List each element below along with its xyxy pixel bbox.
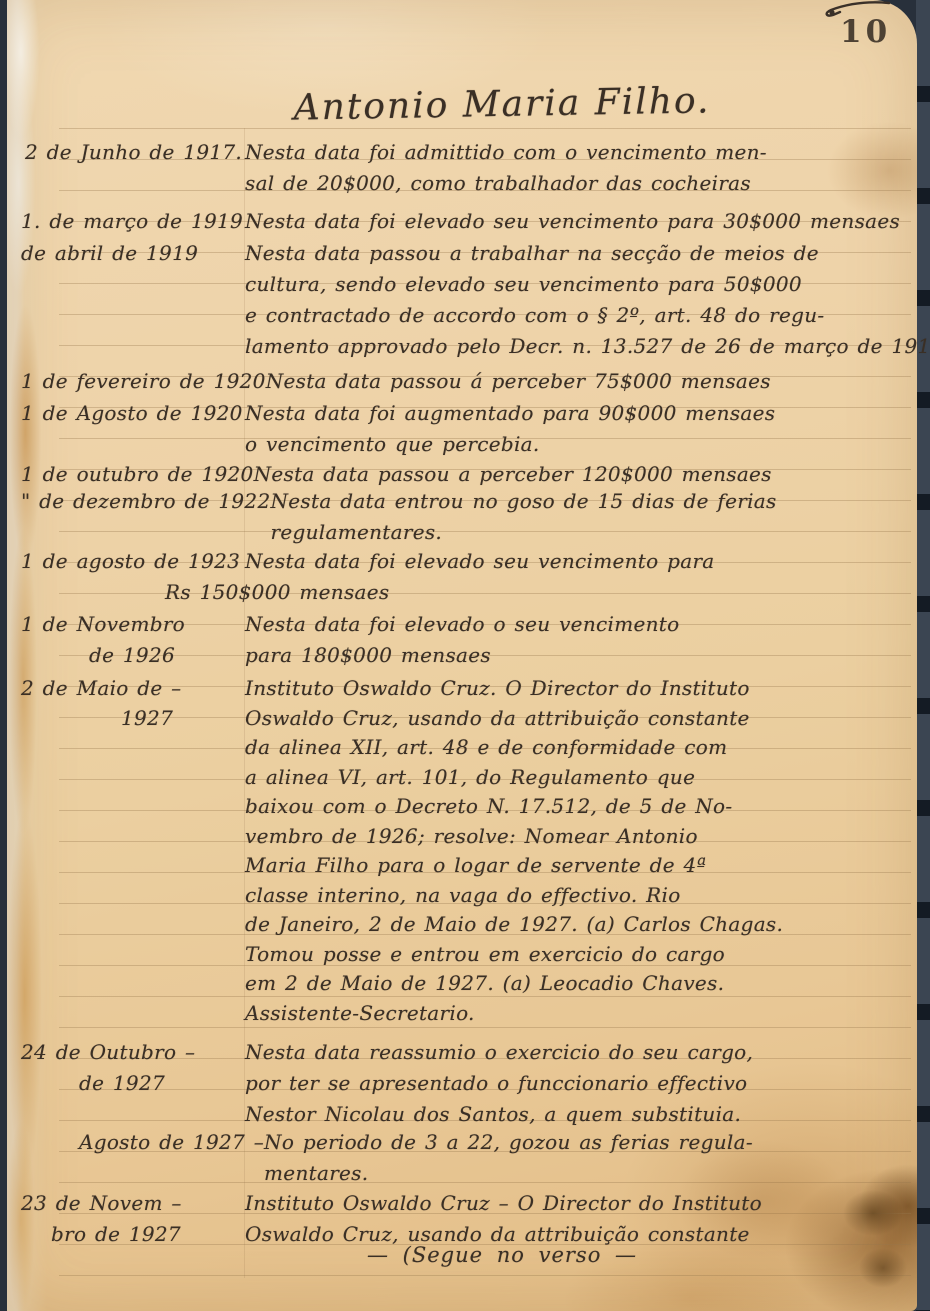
entry-text: Instituto Oswaldo Cruz. O Director do In… [245,674,907,1028]
entry-text: Nesta data foi elevado seu vencimento pa… [245,206,907,237]
entry-date: 24 de Outubro –de 1927 [21,1037,245,1130]
handwriting-line: sal de 20$000, como trabalhador das coch… [245,168,907,199]
handwriting-line: classe interino, na vaga do effectivo. R… [245,881,907,911]
handwriting-line: Agosto de 1927 – [21,1127,264,1158]
entry-text: Nesta data entrou no goso de 15 dias de … [271,486,908,548]
entry-date: 1. de março de 1919 [21,206,245,237]
ledger-entry: Agosto de 1927 –No periodo de 3 a 22, go… [21,1127,907,1189]
handwriting-line: Assistente-Secretario. [245,999,907,1029]
ledger-entry: 1 de agosto de 1923Nesta data foi elevad… [21,546,907,608]
handwriting-line: 1 de Novembro [21,609,245,640]
entry-date: 23 de Novem –bro de 1927 [21,1188,245,1250]
handwriting-line: Nesta data foi elevado o seu vencimento [245,609,907,640]
handwriting-line: Nesta data foi elevado seu vencimento pa… [245,206,907,237]
handwriting-line: 1 de fevereiro de 1920 [21,366,266,397]
handwriting-line: de Janeiro, 2 de Maio de 1927. (a) Carlo… [245,910,907,940]
handwriting-line: " de dezembro de 1922 [21,486,271,517]
entry-text: Nesta data foi augmentado para 90$000 me… [245,398,907,460]
handwriting-line: 1 de agosto de 1923 [21,546,245,577]
continuation-note: — (Segue no verso — [207,1243,797,1267]
handwriting-line: lamento approvado pelo Decr. n. 13.527 d… [245,331,930,362]
handwriting-line: vembro de 1926; resolve: Nomear Antonio [245,822,907,852]
entry-text: Nesta data foi elevado seu vencimento pa… [245,546,907,608]
handwriting-line: Nesta data entrou no goso de 15 dias de … [271,486,908,517]
manuscript-photo: { "colors":{"bg":"#28303b","paper":"#ecd… [0,0,930,1311]
handwriting-line: Nesta data passou á perceber 75$000 mens… [266,366,907,397]
handwriting-line: Maria Filho para o logar de servente de … [245,851,907,881]
entry-date: 2 de Maio de –1927 [21,674,245,1028]
handwriting-line: Nesta data foi elevado seu vencimento pa… [245,546,907,577]
handwriting-line: e contractado de accordo com o § 2º, art… [245,300,930,331]
handwriting-line: o vencimento que percebia. [245,429,907,460]
entry-text: Nesta data reassumio o exercicio do seu … [245,1037,907,1130]
handwriting-line: Tomou posse e entrou em exercicio do car… [245,940,907,970]
ledger-entry: 24 de Outubro –de 1927Nesta data reassum… [21,1037,907,1130]
entry-date: 1 de Novembrode 1926 [21,609,245,671]
handwriting-line: Oswaldo Cruz, usando da attribuição cons… [245,704,907,734]
handwriting-line: Instituto Oswaldo Cruz. O Director do In… [245,674,907,704]
manuscript-page: 10 Antonio Maria Filho. 2 de Junho de 19… [7,0,917,1311]
handwriting-line: Nesta data reassumio o exercicio do seu … [245,1037,907,1068]
ledger-entry: 2 de Maio de –1927Instituto Oswaldo Cruz… [21,674,907,1028]
entry-text: Nesta data passou a trabalhar na secção … [245,238,930,362]
handwriting-line: de abril de 1919 [21,238,245,269]
handwriting-line: Nesta data foi admittido com o venciment… [245,137,907,168]
handwriting-line: da alinea XII, art. 48 e de conformidade… [245,733,907,763]
handwriting-line: 2 de Junho de 1917. [21,137,245,168]
entry-text: Nesta data foi elevado o seu vencimentop… [245,609,907,671]
handwriting-line: regulamentares. [271,517,908,548]
handwriting-line: mentares. [264,1158,907,1189]
entry-text: Nesta data passou á perceber 75$000 mens… [266,366,907,397]
handwriting-line: No periodo de 3 a 22, gozou as ferias re… [264,1127,907,1158]
handwriting-line: a alinea VI, art. 101, do Regulamento qu… [245,763,907,793]
entry-date: 1 de fevereiro de 1920 [21,366,266,397]
handwriting-line: por ter se apresentado o funccionario ef… [245,1068,907,1099]
book-binding-strip [916,0,930,1311]
ledger-entry: " de dezembro de 1922Nesta data entrou n… [21,486,907,548]
entry-date: 2 de Junho de 1917. [21,137,245,199]
handwriting-line: para 180$000 mensaes [245,640,907,671]
ledger-entry: 1 de Agosto de 1920Nesta data foi augmen… [21,398,907,460]
handwriting-line: 2 de Maio de – [21,674,245,704]
handwriting-line: 1 de Agosto de 1920 [21,398,245,429]
ledger-entry: 1. de março de 1919Nesta data foi elevad… [21,206,907,237]
ledger-entry: 23 de Novem –bro de 1927Instituto Oswald… [21,1188,907,1250]
handwriting-line: 1. de março de 1919 [21,206,245,237]
entry-date: de abril de 1919 [21,238,245,362]
handwriting-line: de 1927 [21,1068,245,1099]
ledger-entry: de abril de 1919Nesta data passou a trab… [21,238,907,362]
entry-text: No periodo de 3 a 22, gozou as ferias re… [264,1127,907,1189]
handwriting-line: cultura, sendo elevado seu vencimento pa… [245,269,930,300]
handwriting-line: 1927 [21,704,245,734]
handwriting-line: 23 de Novem – [21,1188,245,1219]
handwriting-line: Nesta data passou a trabalhar na secção … [245,238,930,269]
entry-text: Nesta data foi admittido com o venciment… [245,137,907,199]
ledger-entry: 2 de Junho de 1917.Nesta data foi admitt… [21,137,907,199]
handwriting-line: Nesta data foi augmentado para 90$000 me… [245,398,907,429]
entry-date: 1 de Agosto de 1920 [21,398,245,460]
ledger-entries: 2 de Junho de 1917.Nesta data foi admitt… [7,0,917,1311]
handwriting-line: em 2 de Maio de 1927. (a) Leocadio Chave… [245,969,907,999]
handwriting-line: de 1926 [21,640,245,671]
handwriting-line: Instituto Oswaldo Cruz – O Director do I… [245,1188,907,1219]
handwriting-line: Nestor Nicolau dos Santos, a quem substi… [245,1099,907,1130]
handwriting-line: baixou com o Decreto N. 17.512, de 5 de … [245,792,907,822]
ledger-entry: 1 de Novembrode 1926Nesta data foi eleva… [21,609,907,671]
entry-text: Instituto Oswaldo Cruz – O Director do I… [245,1188,907,1250]
ledger-entry: 1 de fevereiro de 1920Nesta data passou … [21,366,907,397]
handwriting-line: Rs 150$000 mensaes [165,577,907,608]
handwriting-line: 24 de Outubro – [21,1037,245,1068]
entry-date: Agosto de 1927 – [21,1127,264,1189]
entry-date: " de dezembro de 1922 [21,486,271,548]
